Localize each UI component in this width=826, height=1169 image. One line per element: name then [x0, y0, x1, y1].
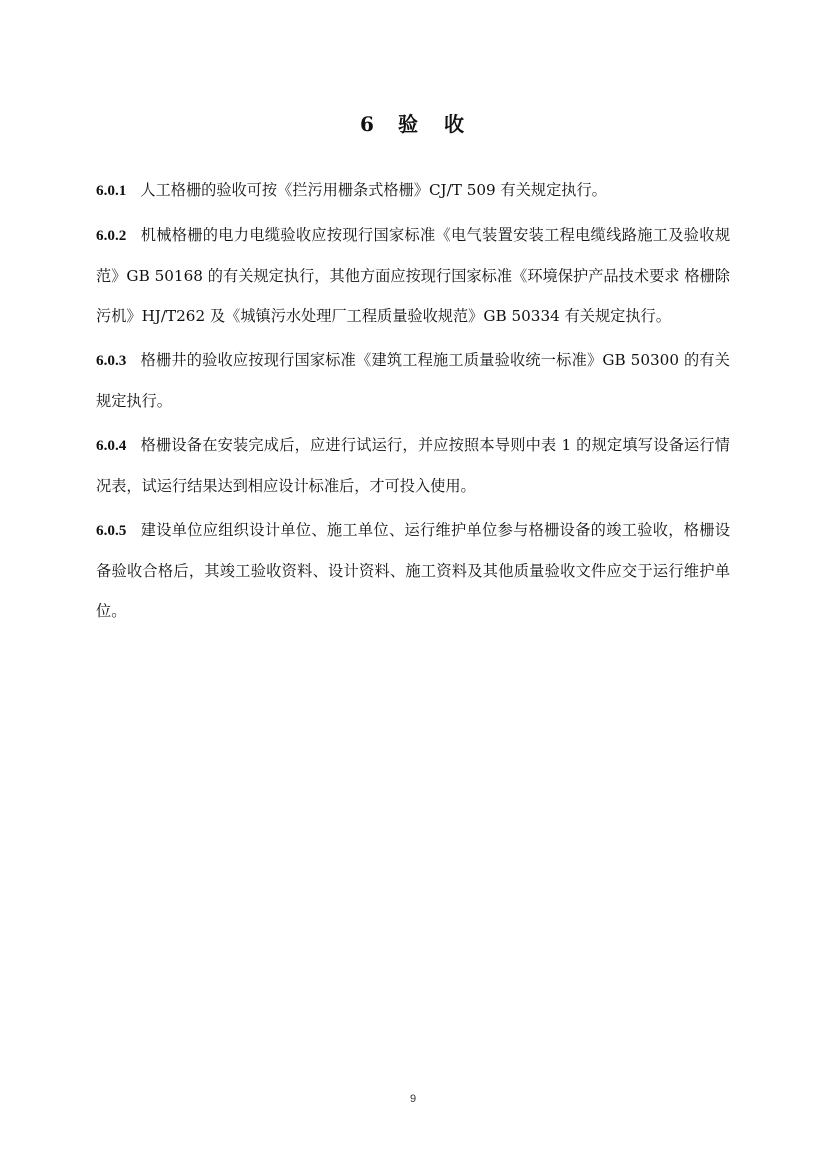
clause-6-0-5: 6.0.5建设单位应组织设计单位、施工单位、运行维护单位参与格栅设备的竣工验收，…: [96, 510, 730, 631]
chapter-number: 6: [360, 112, 376, 136]
clause-number: 6.0.4: [96, 437, 126, 454]
clause-number: 6.0.1: [96, 182, 126, 199]
clause-number: 6.0.5: [96, 522, 126, 539]
clause-text: 格栅设备在安装完成后，应进行试运行，并应按照本导则中表 1 的规定填写设备运行情…: [96, 436, 730, 495]
clause-6-0-2: 6.0.2机械格栅的电力电缆验收应按现行国家标准《电气装置安装工程电缆线路施工及…: [96, 215, 730, 336]
chapter-title-char: 验: [398, 108, 420, 137]
clause-text: 机械格栅的电力电缆验收应按现行国家标准《电气装置安装工程电缆线路施工及验收规范》…: [96, 226, 730, 325]
clause-number: 6.0.3: [96, 352, 126, 369]
clause-text: 人工格栅的验收可按《拦污用栅条式格栅》CJ/T 509 有关规定执行。: [140, 181, 606, 199]
chapter-title-char: 收: [444, 108, 466, 137]
clause-text: 格栅井的验收应按现行国家标准《建筑工程施工质量验收统一标准》GB 50300 的…: [96, 351, 730, 410]
clause-number: 6.0.2: [96, 227, 126, 244]
clause-text: 建设单位应组织设计单位、施工单位、运行维护单位参与格栅设备的竣工验收，格栅设备验…: [96, 521, 730, 620]
page-number: 9: [0, 1093, 826, 1105]
chapter-title: 6验收: [0, 108, 826, 137]
clause-6-0-1: 6.0.1人工格栅的验收可按《拦污用栅条式格栅》CJ/T 509 有关规定执行。: [96, 170, 730, 211]
clause-6-0-4: 6.0.4格栅设备在安装完成后，应进行试运行，并应按照本导则中表 1 的规定填写…: [96, 425, 730, 506]
document-body: 6.0.1人工格栅的验收可按《拦污用栅条式格栅》CJ/T 509 有关规定执行。…: [96, 170, 730, 635]
clause-6-0-3: 6.0.3格栅井的验收应按现行国家标准《建筑工程施工质量验收统一标准》GB 50…: [96, 340, 730, 421]
